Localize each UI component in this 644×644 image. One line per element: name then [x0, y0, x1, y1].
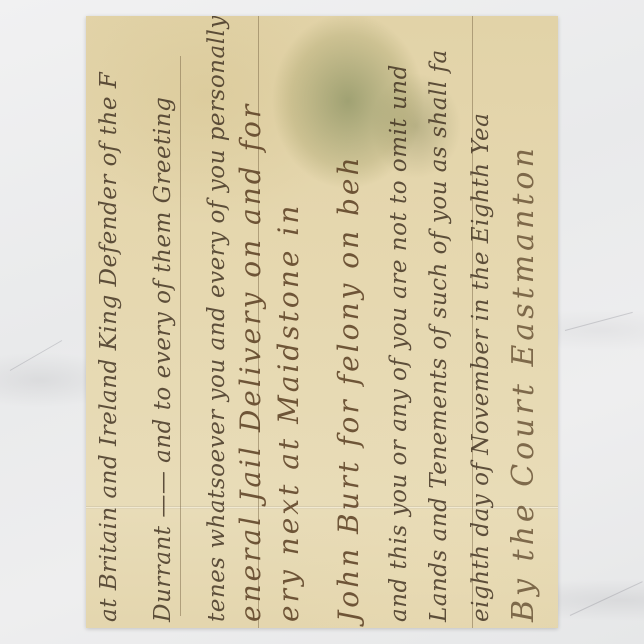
- text-line-4: eneral Jail Delivery on and for: [234, 102, 267, 622]
- signature-line: By the Court Eastmanton: [506, 144, 541, 622]
- text-line-1: at Britain and Ireland King Defender of …: [96, 72, 122, 622]
- parchment-document: at Britain and Ireland King Defender of …: [86, 16, 558, 628]
- text-line-9: eighth day of November in the Eighth Yea: [468, 113, 494, 622]
- text-line-2: Durrant —— and to every of them Greeting: [150, 97, 176, 622]
- text-line-5: ery next at Maidstone in: [272, 203, 305, 622]
- text-line-7: and this you or any of you are not to om…: [386, 64, 412, 622]
- text-line-8: Lands and Tenements of such of you as sh…: [426, 49, 452, 622]
- text-line-3: tenes whatsoever you and every of you pe…: [204, 16, 230, 622]
- ruled-line: [180, 56, 181, 616]
- text-line-6: John Burt for felony on beh: [332, 154, 365, 622]
